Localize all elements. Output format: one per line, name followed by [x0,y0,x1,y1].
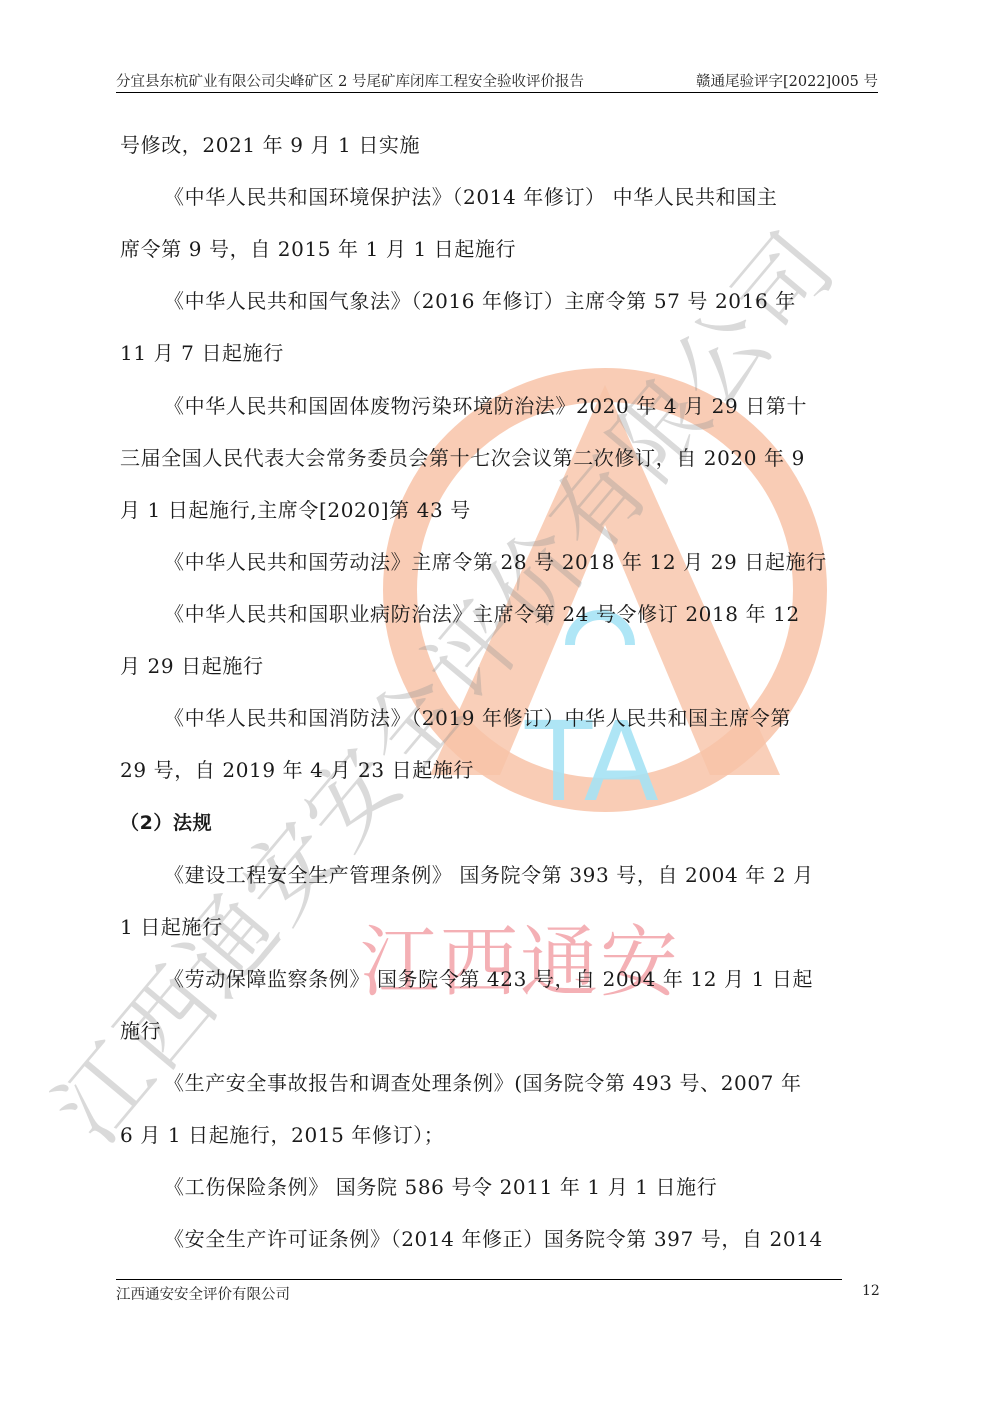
text-line: 《工伤保险条例》 国务院 586 号令 2011 年 1 月 1 日施行 [164,1174,717,1200]
page-number: 12 [862,1283,880,1299]
text-line: 《中华人民共和国职业病防治法》主席令第 24 号令修订 2018 年 12 [164,601,800,627]
page-content: 分宜县东杭矿业有限公司尖峰矿区 2 号尾矿库闭库工程安全验收评价报告 赣通尾验评… [0,0,992,1403]
report-title: 分宜县东杭矿业有限公司尖峰矿区 2 号尾矿库闭库工程安全验收评价报告 [116,70,584,91]
text-line: 施行 [120,1018,161,1044]
text-line: 席令第 9 号，自 2015 年 1 月 1 日起施行 [120,236,516,262]
footer-company: 江西通安安全评价有限公司 [116,1283,290,1304]
page-header: 分宜县东杭矿业有限公司尖峰矿区 2 号尾矿库闭库工程安全验收评价报告 赣通尾验评… [116,70,878,92]
footer-divider [116,1279,842,1280]
text-line: 月 29 日起施行 [120,653,264,679]
text-line: 《安全生产许可证条例》（2014 年修正）国务院令第 397 号，自 2014 [164,1226,823,1252]
text-line: 29 号，自 2019 年 4 月 23 日起施行 [120,757,474,783]
text-line: 《生产安全事故报告和调查处理条例》(国务院令第 493 号、2007 年 [164,1070,802,1096]
text-line: 《中华人民共和国气象法》（2016 年修订）主席令第 57 号 2016 年 [164,288,796,314]
text-line: 《劳动保障监察条例》 国务院令第 423 号，自 2004 年 12 月 1 日… [164,966,813,992]
text-line: 《建设工程安全生产管理条例》 国务院令第 393 号，自 2004 年 2 月 [164,862,814,888]
text-line: 《中华人民共和国消防法》（2019 年修订）中华人民共和国主席令第 [164,705,791,731]
section-heading: （2）法规 [120,810,212,836]
text-line: 《中华人民共和国环境保护法》（2014 年修订） 中华人民共和国主 [164,184,777,210]
text-line: 1 日起施行 [120,914,223,940]
header-divider [116,92,878,93]
text-line: 11 月 7 日起施行 [120,340,284,366]
document-number: 赣通尾验评字[2022]005 号 [696,70,878,91]
text-line: 《中华人民共和国劳动法》主席令第 28 号 2018 年 12 月 29 日起施… [164,549,827,575]
text-line: 三届全国人民代表大会常务委员会第十七次会议第二次修订，自 2020 年 9 [120,445,805,471]
text-line: 6 月 1 日起施行，2015 年修订）； [120,1122,444,1148]
text-line: 号修改，2021 年 9 月 1 日实施 [120,132,420,158]
text-line: 月 1 日起施行,主席令[2020]第 43 号 [120,497,471,523]
text-line: 《中华人民共和国固体废物污染环境防治法》2020 年 4 月 29 日第十 [164,393,807,419]
